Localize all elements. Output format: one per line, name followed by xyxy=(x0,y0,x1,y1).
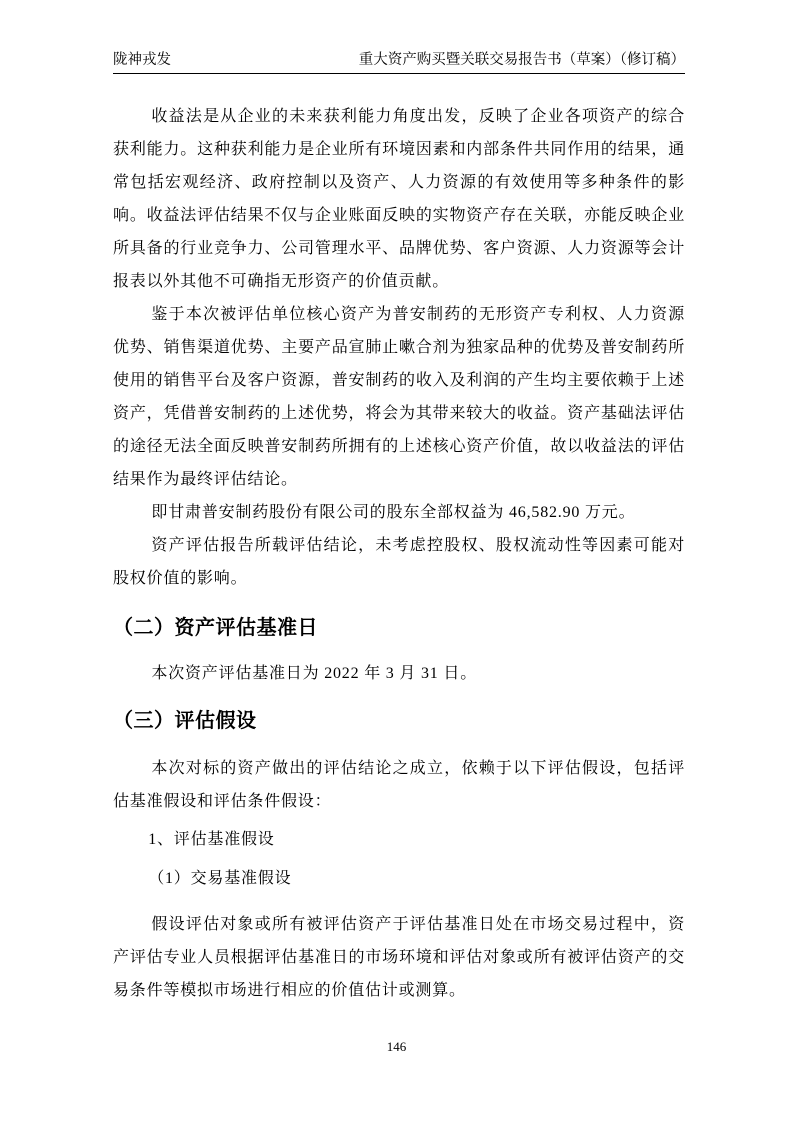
header-report-title: 重大资产购买暨关联交易报告书（草案）（修订稿） xyxy=(359,50,685,70)
para-assumptions-intro: 本次对标的资产做出的评估结论之成立，依赖于以下评估假设，包括评估基准假设和评估条… xyxy=(113,752,685,818)
document-page: 陇神戎发 重大资产购买暨关联交易报告书（草案）（修订稿） 收益法是从企业的未来获… xyxy=(0,0,793,1122)
para-valuation-base-date: 本次资产评估基准日为 2022 年 3 月 31 日。 xyxy=(113,657,685,690)
para-income-method-intro: 收益法是从企业的未来获利能力角度出发，反映了企业各项资产的综合获利能力。这种获利… xyxy=(113,100,685,298)
header-company-short-name: 陇神戎发 xyxy=(113,50,171,70)
page-number: 146 xyxy=(387,1039,407,1054)
para-conclusion-note: 资产评估报告所载评估结论，未考虑控股权、股权流动性等因素可能对股权价值的影响。 xyxy=(113,529,685,595)
section-heading-valuation-base-date: （二）资产评估基准日 xyxy=(113,615,685,642)
para-equity-value: 即甘肃普安制药股份有限公司的股东全部权益为 46,582.90 万元。 xyxy=(113,496,685,529)
section-heading-valuation-assumptions: （三）评估假设 xyxy=(113,708,685,735)
page-header: 陇神戎发 重大资产购买暨关联交易报告书（草案）（修订稿） xyxy=(113,50,685,74)
para-transaction-assumption-detail: 假设评估对象或所有被评估资产于评估基准日处在市场交易过程中，资产评估专业人员根据… xyxy=(113,908,685,1007)
list-item-transaction-assumption: （1）交易基准假设 xyxy=(113,862,685,895)
para-core-assets-rationale: 鉴于本次被评估单位核心资产为普安制药的无形资产专利权、人力资源优势、销售渠道优势… xyxy=(113,298,685,496)
document-content: 收益法是从企业的未来获利能力角度出发，反映了企业各项资产的综合获利能力。这种获利… xyxy=(113,100,685,1007)
list-item-benchmark-assumptions: 1、评估基准假设 xyxy=(113,823,685,856)
page-footer: 146 xyxy=(0,1038,793,1056)
